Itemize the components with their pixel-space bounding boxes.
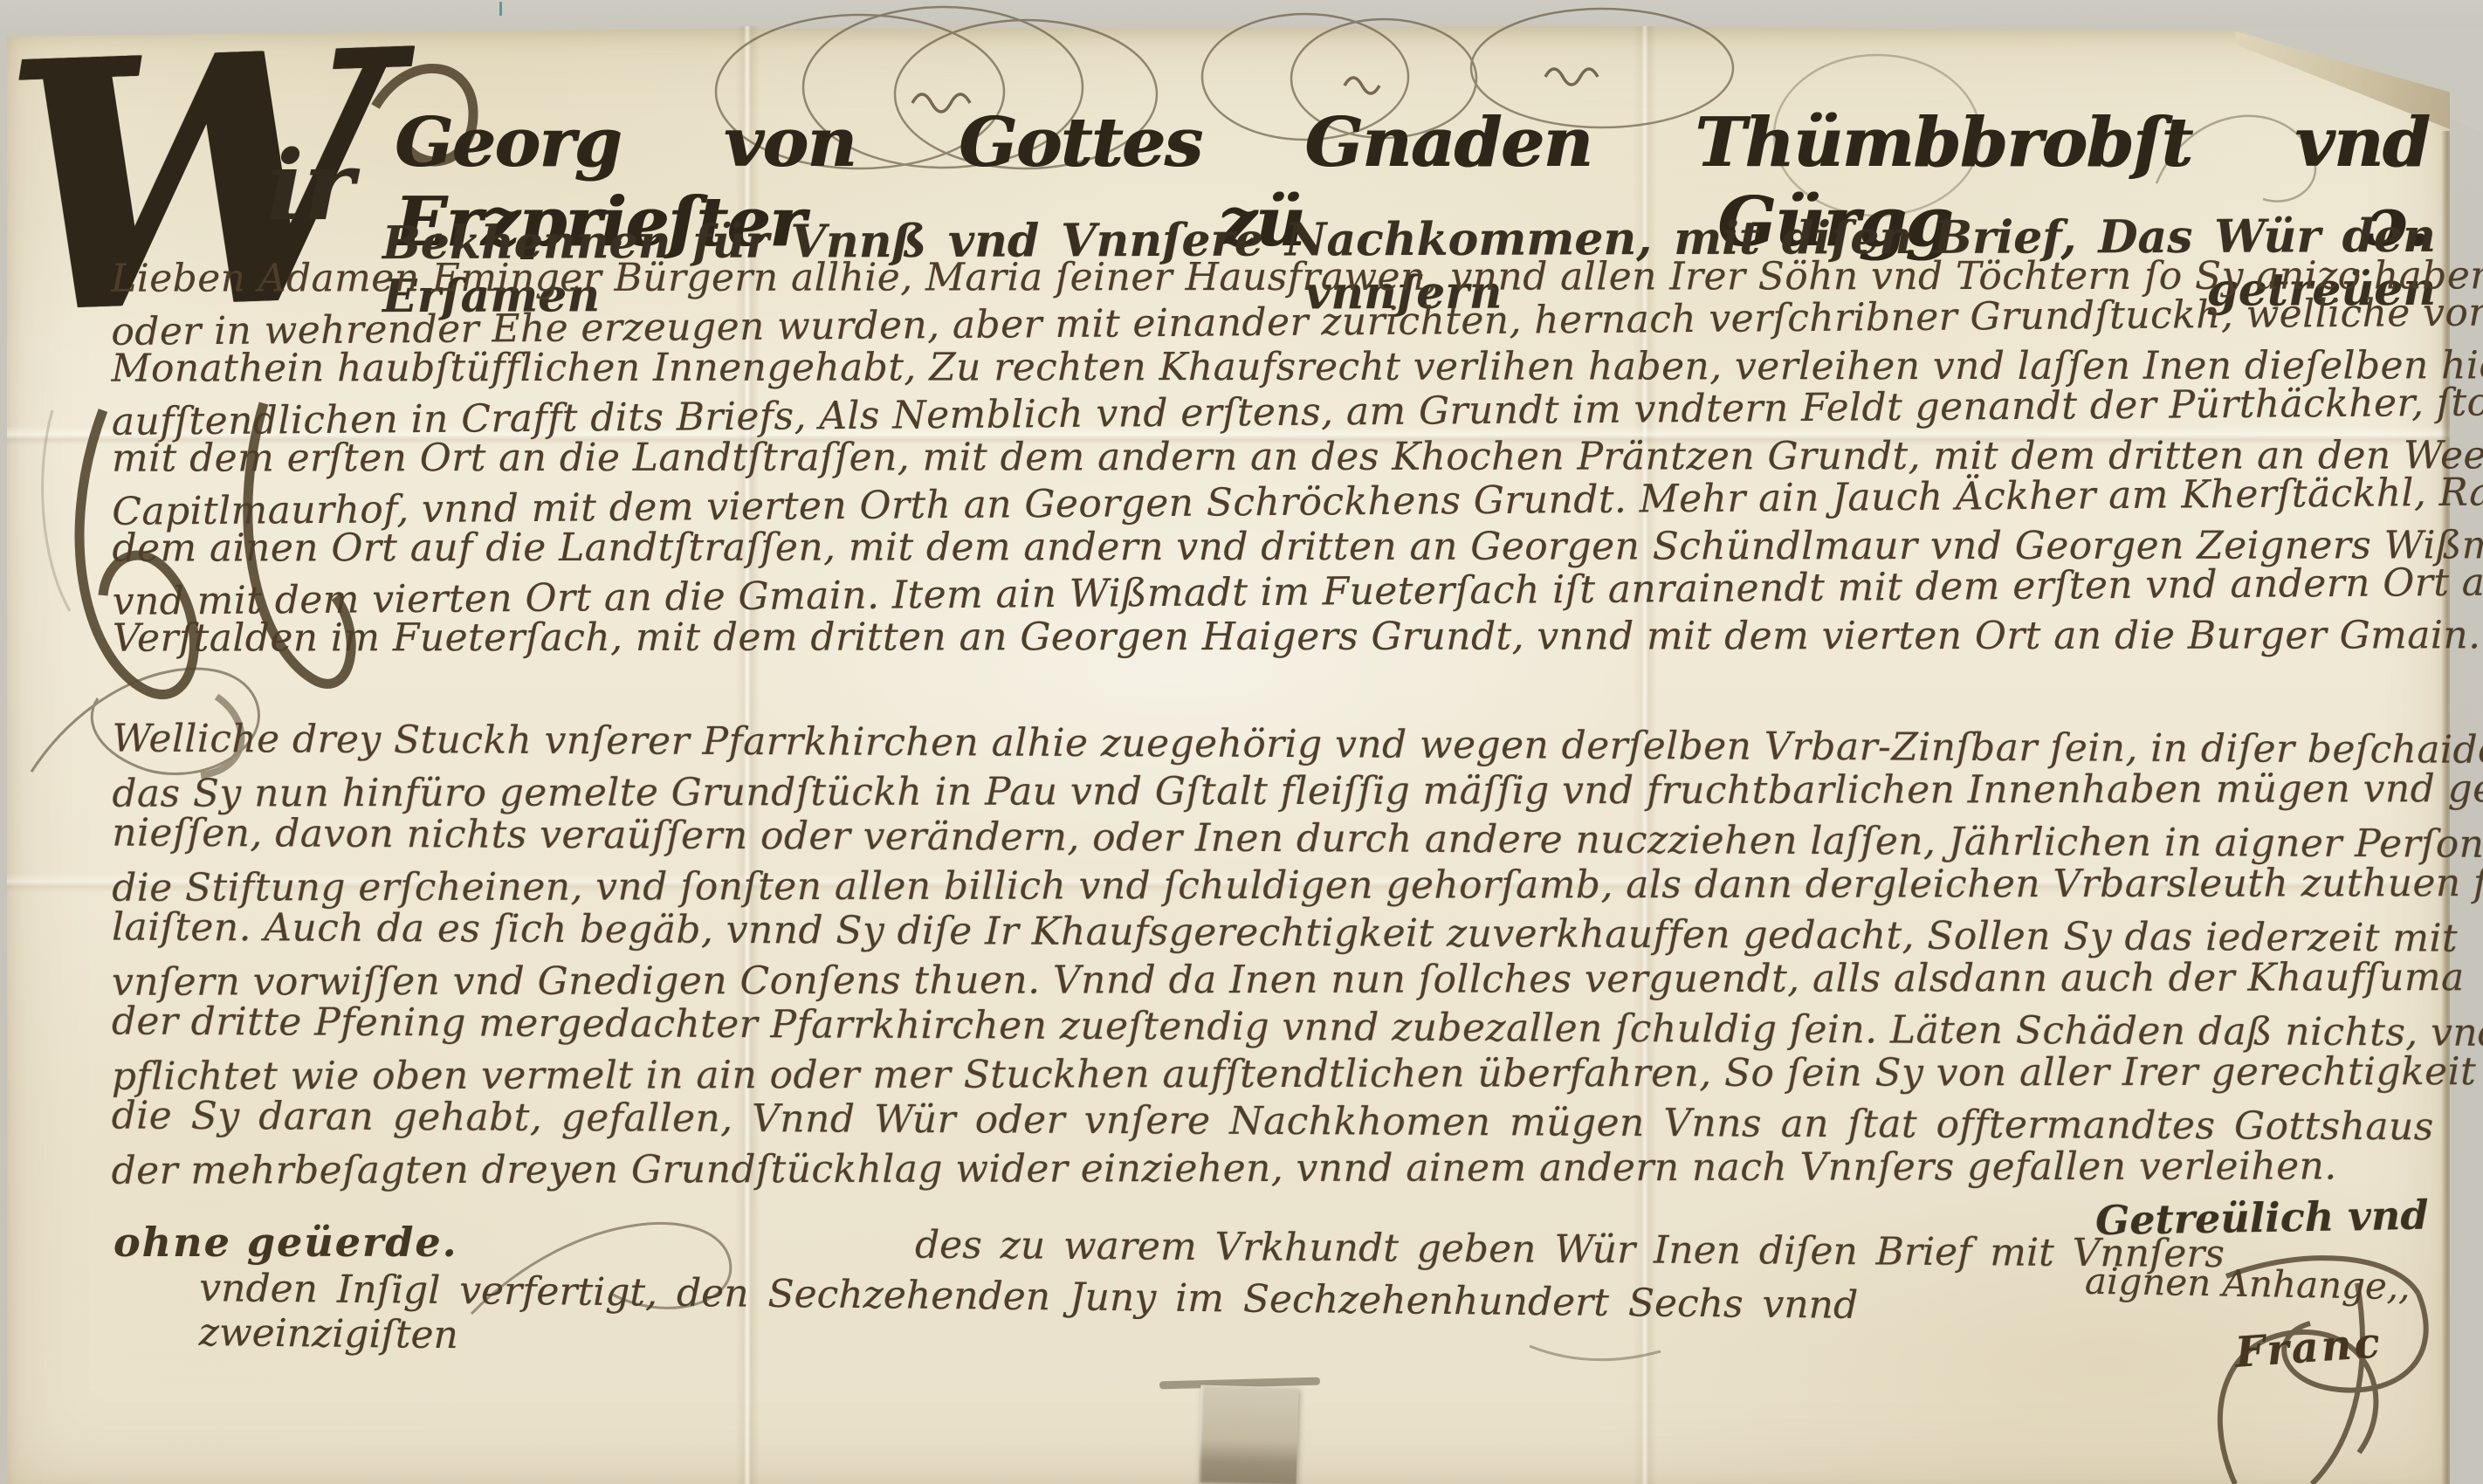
manuscript-line: der dritte Pfening mergedachter Pfarrkhi… [112,999,2434,1057]
body-paragraph-2: Welliche drey Stuckh vnſerer Pfarrkhirch… [112,719,2435,1195]
body-paragraph-1: Lieben Adamen Eminger Bürgern allhie, Ma… [111,250,2435,664]
manuscript-line: pflichtet wie oben vermelt in ain oder m… [112,1048,2434,1101]
manuscript-line: die Sy daran gehabt, gefallen, Vnnd Wür … [112,1093,2434,1151]
closing-sine-fraude: ohne geüerde. [113,1219,458,1266]
scanned-charter-page: W ir Georg von Gottes Gnaden Thümbbrobſt… [0,0,2483,1484]
signature: Franc [2233,1318,2383,1378]
seal-tag [1199,1385,1299,1484]
manuscript-line: die Stiftung erſcheinen, vnd ſonſten all… [112,860,2434,912]
closing-corroboratio: des zu warem Vrkhundt geben Wür Inen diſ… [915,1223,2225,1276]
manuscript-line: Verſtalden im Fueterſach, mit dem dritte… [113,613,2435,661]
manuscript-line: vnſern vorwiſſen vnd Gnedigen Conſens th… [112,954,2434,1007]
manuscript-line: laiſten. Auch da es ſich begäb, vnnd Sy … [112,904,2434,963]
closing-fragment-anhang: aignen Anhange,, [2085,1260,2411,1308]
manuscript-line: der mehrbeſagten dreyen Grundſtückhlag w… [112,1143,2434,1195]
heading-prefix: ir [267,129,354,242]
manuscript-line: das Sy nun hinfüro gemelte Grundſtückh i… [112,766,2434,818]
closing-date-line: vnden Inſigl verfertigt, den Sechzehende… [199,1266,1859,1372]
manuscript-line: nieſſen, davon nichts veraüſſern oder ve… [112,810,2434,869]
manuscript-line: Welliche drey Stuckh vnſerer Pfarrkhirch… [112,716,2434,774]
